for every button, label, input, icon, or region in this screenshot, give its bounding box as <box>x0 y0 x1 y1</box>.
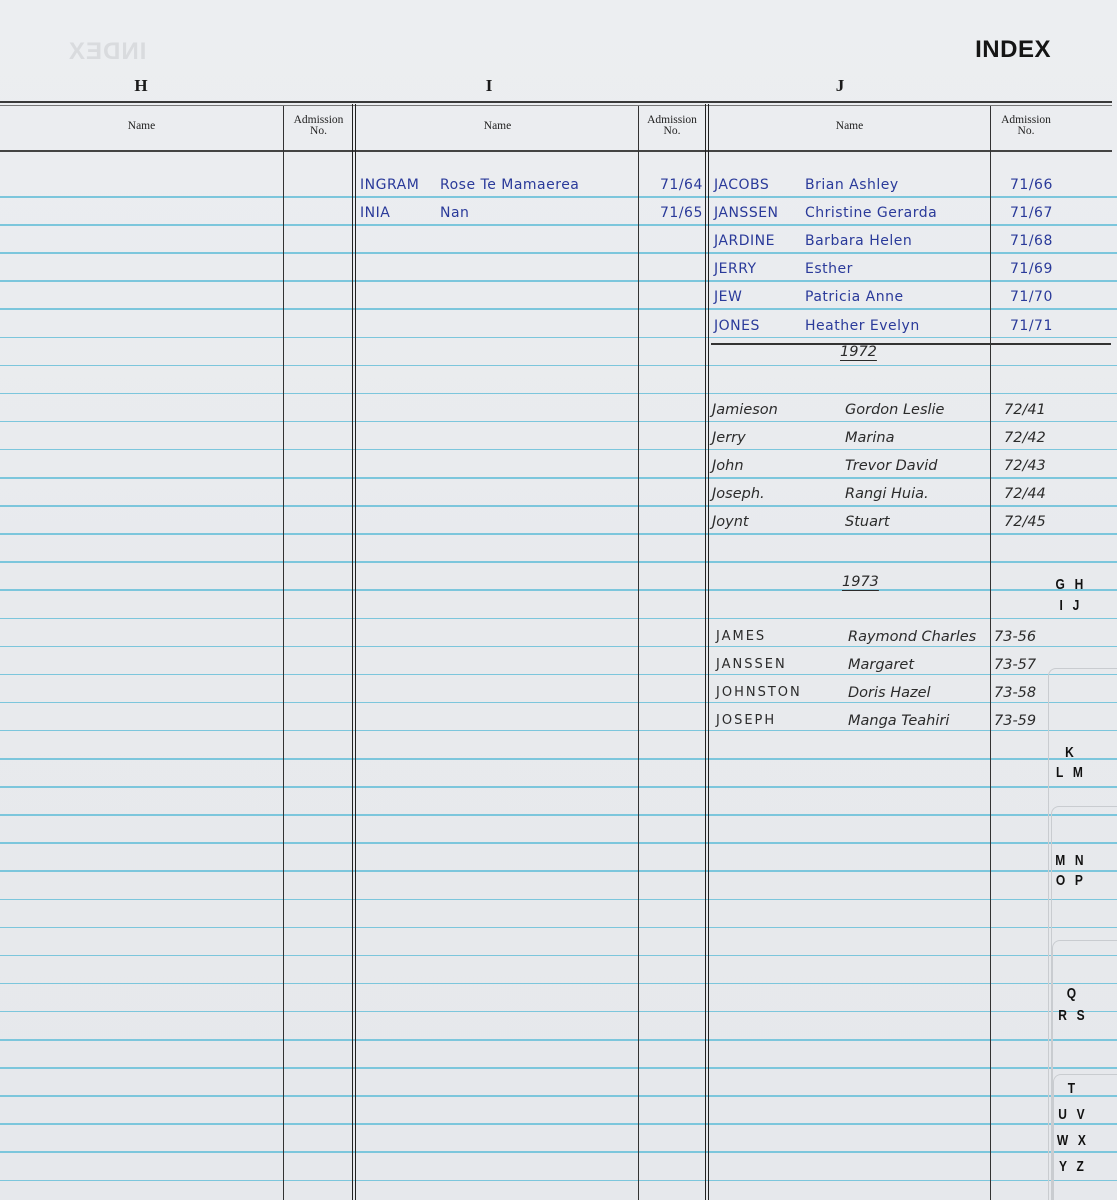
entry-surname: JANSSEN <box>716 657 787 672</box>
ruled-line <box>0 533 1117 535</box>
entry-given-names: Trevor David <box>845 458 938 474</box>
entry-given-names: Margaret <box>848 657 914 673</box>
thumb-tab-ij[interactable]: I J <box>1051 597 1091 615</box>
entry-admission-no: 71/67 <box>1010 205 1053 221</box>
ruled-line <box>0 561 1117 563</box>
ruled-line <box>0 702 1117 704</box>
entry-surname: Jamieson <box>712 402 778 418</box>
entry-given-names: Rangi Huia. <box>845 486 929 502</box>
entry-admission-no: 71/64 <box>660 177 703 193</box>
entry-admission-no: 71/70 <box>1010 289 1053 305</box>
entry-admission-no: 71/66 <box>1010 177 1053 193</box>
ruled-line <box>0 365 1117 367</box>
ruled-line <box>0 308 1117 310</box>
entry-given-names: Manga Teahiri <box>848 713 949 729</box>
entry-surname: Joynt <box>712 514 749 530</box>
thumb-tab-yz[interactable]: Y Z <box>1053 1158 1093 1176</box>
ruled-line <box>0 842 1117 844</box>
entry-admission-no: 71/69 <box>1010 261 1053 277</box>
ruled-line <box>0 449 1117 451</box>
entry-surname: Joseph. <box>712 486 765 502</box>
thumb-tab-wx[interactable]: W X <box>1053 1132 1093 1150</box>
entry-surname: JERRY <box>714 261 757 277</box>
ruled-line <box>0 280 1117 282</box>
entry-given-names: Barbara Helen <box>805 233 912 249</box>
col-header-i-name: Name <box>357 104 638 148</box>
entry-surname: JOSEPH <box>716 713 776 728</box>
ruled-line <box>0 870 1117 872</box>
thumb-tab-t[interactable]: T <box>1053 1080 1093 1098</box>
ruled-line <box>0 927 1117 929</box>
ruled-line <box>0 618 1117 620</box>
ruled-line <box>0 1095 1117 1097</box>
header-top-rule <box>0 101 1112 103</box>
entry-admission-no: 72/44 <box>1004 486 1046 502</box>
ruled-line <box>0 393 1117 395</box>
entry-admission-no: 71/71 <box>1010 318 1053 334</box>
entry-surname: JONES <box>714 318 760 334</box>
ruled-line <box>0 730 1117 732</box>
entry-surname: JOHNSTON <box>716 685 802 700</box>
section-letter-j: J <box>836 76 845 96</box>
entry-admission-no: 73-56 <box>994 629 1036 645</box>
section-letter-i: I <box>486 76 493 96</box>
entry-given-names: Esther <box>805 261 853 277</box>
ruled-line <box>0 1011 1117 1013</box>
thumb-tab-k[interactable]: K <box>1051 744 1091 762</box>
ruled-line <box>0 955 1117 957</box>
entry-surname: JEW <box>714 289 742 305</box>
entry-surname: Jerry <box>712 430 746 446</box>
section-divider-hi <box>352 104 356 1200</box>
entry-surname: INGRAM <box>360 177 419 193</box>
section-end-rule <box>711 343 1111 345</box>
entry-admission-no: 73-58 <box>994 685 1036 701</box>
header-bottom-rule <box>0 150 1112 152</box>
entry-given-names: Christine Gerarda <box>805 205 937 221</box>
entry-surname: JAMES <box>716 629 766 644</box>
bleed-through-title: INDEX <box>68 38 146 66</box>
ruled-line <box>0 589 1117 591</box>
entry-given-names: Heather Evelyn <box>805 318 920 334</box>
thumb-tab-op[interactable]: O P <box>1051 872 1091 890</box>
ruled-line <box>0 758 1117 760</box>
ruled-line <box>0 1123 1117 1125</box>
entry-admission-no: 72/41 <box>1004 402 1046 418</box>
entry-given-names: Stuart <box>845 514 890 530</box>
thumb-tab-rs[interactable]: R S <box>1053 1007 1093 1025</box>
ruled-line <box>0 983 1117 985</box>
section-divider-ij <box>705 104 709 1200</box>
thumb-tab-uv[interactable]: U V <box>1053 1106 1093 1124</box>
entry-admission-no: 73-59 <box>994 713 1036 729</box>
ruled-line <box>0 1180 1117 1182</box>
year-heading: 1973 <box>842 574 879 590</box>
ruled-line <box>0 899 1117 901</box>
ruled-line <box>0 224 1117 226</box>
ruled-line <box>0 646 1117 648</box>
page-title: INDEX <box>975 36 1051 64</box>
entry-given-names: Doris Hazel <box>848 685 931 701</box>
entry-admission-no: 71/68 <box>1010 233 1053 249</box>
thumb-tab-q[interactable]: Q <box>1053 985 1093 1003</box>
ruled-line <box>0 421 1117 423</box>
entry-given-names: Rose Te Mamaerea <box>440 177 579 193</box>
ruled-line <box>0 786 1117 788</box>
entry-admission-no: 72/45 <box>1004 514 1046 530</box>
entry-admission-no: 72/42 <box>1004 430 1046 446</box>
ruled-line <box>0 1039 1117 1041</box>
ruled-line <box>0 814 1117 816</box>
entry-given-names: Brian Ashley <box>805 177 899 193</box>
col-header-h-admission: AdmissionNo. <box>284 104 353 148</box>
thumb-tab-mn[interactable]: M N <box>1051 852 1091 870</box>
ruled-line <box>0 196 1117 198</box>
ruled-line <box>0 252 1117 254</box>
entry-surname: JACOBS <box>714 177 769 193</box>
entry-admission-no: 71/65 <box>660 205 703 221</box>
section-letter-h: H <box>134 76 147 96</box>
entry-given-names: Nan <box>440 205 469 221</box>
entry-surname: INIA <box>360 205 390 221</box>
entry-surname: JANSSEN <box>714 205 779 221</box>
index-ledger-page: INDEX INDEX H I J Name AdmissionNo. Name… <box>0 0 1117 1200</box>
entry-given-names: Patricia Anne <box>805 289 904 305</box>
entry-given-names: Marina <box>845 430 894 446</box>
entry-surname: John <box>712 458 744 474</box>
entry-surname: JARDINE <box>714 233 775 249</box>
ruled-line <box>0 477 1117 479</box>
ruled-line <box>0 1067 1117 1069</box>
col-header-i-admission: AdmissionNo. <box>639 104 705 148</box>
col-header-h-name: Name <box>0 104 283 148</box>
col-divider-h <box>283 106 284 1200</box>
entry-admission-no: 72/43 <box>1004 458 1046 474</box>
ruled-line <box>0 674 1117 676</box>
ruled-line <box>0 505 1117 507</box>
year-heading: 1972 <box>840 344 877 360</box>
entry-given-names: Raymond Charles <box>848 629 976 645</box>
thumb-tab-gh[interactable]: G H <box>1051 576 1091 594</box>
col-divider-j <box>990 106 991 1200</box>
col-divider-i <box>638 106 639 1200</box>
entry-admission-no: 73-57 <box>994 657 1036 673</box>
entry-given-names: Gordon Leslie <box>845 402 944 418</box>
col-header-j-name: Name <box>709 104 990 148</box>
thumb-tab-lm[interactable]: L M <box>1051 764 1091 782</box>
col-header-j-admission: AdmissionNo. <box>991 104 1061 148</box>
ruled-line <box>0 1151 1117 1153</box>
ruled-line <box>0 337 1117 339</box>
